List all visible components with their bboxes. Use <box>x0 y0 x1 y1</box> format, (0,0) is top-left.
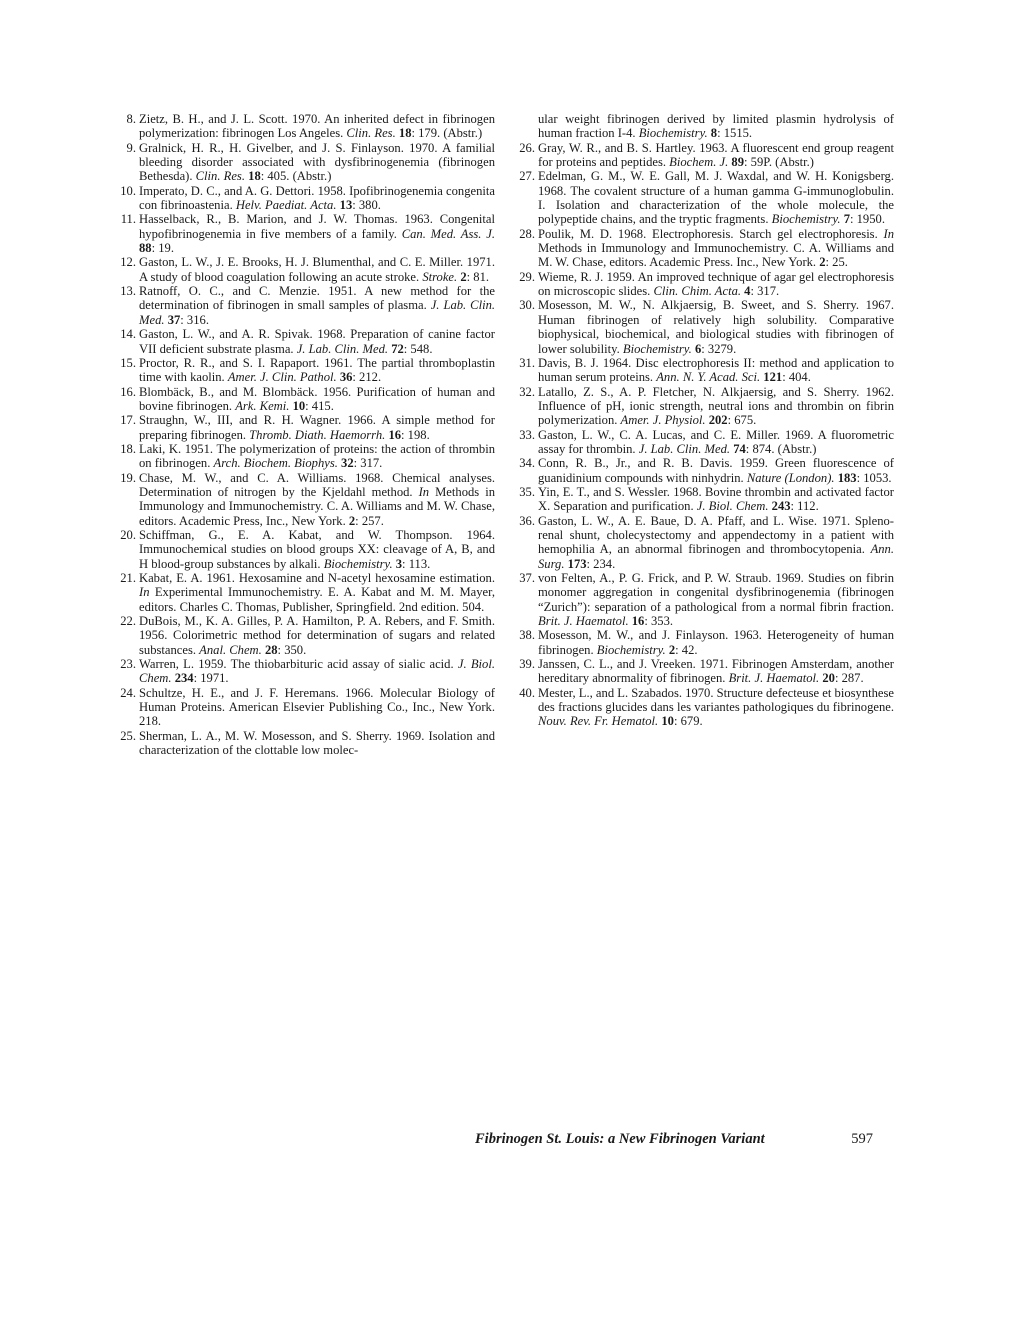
reference-number: 21. <box>118 571 136 585</box>
volume-number: 16 <box>388 428 401 442</box>
volume-number: 10 <box>661 714 674 728</box>
journal-name: J. Lab. Clin. Med. <box>139 298 495 326</box>
reference-number: 29. <box>510 270 535 284</box>
journal-name: Amer. J. Clin. Pathol. <box>228 370 337 384</box>
journal-name: Ann. Surg. <box>538 542 894 570</box>
reference-item: 34.Conn, R. B., Jr., and R. B. Davis. 19… <box>510 456 894 485</box>
reference-number: 32. <box>510 385 535 399</box>
journal-name: Brit. J. Haematol. <box>538 614 629 628</box>
reference-item: 33.Gaston, L. W., C. A. Lucas, and C. E.… <box>510 428 894 457</box>
journal-name: Clin. Res. <box>346 126 395 140</box>
reference-number: 17. <box>118 413 136 427</box>
page-number: 597 <box>851 1131 873 1148</box>
reference-number: 12. <box>118 255 136 269</box>
reference-item: 25.Sherman, L. A., M. W. Mosesson, and S… <box>118 729 495 758</box>
reference-item: 14.Gaston, L. W., and A. R. Spivak. 1968… <box>118 327 495 356</box>
journal-name: Clin. Chim. Acta. <box>653 284 741 298</box>
reference-number: 24. <box>118 686 136 700</box>
journal-name: Biochemistry. <box>324 557 393 571</box>
reference-item: 23.Warren, L. 1959. The thiobarbituric a… <box>118 657 495 686</box>
reference-number: 15. <box>118 356 136 370</box>
volume-number: 6 <box>695 342 701 356</box>
reference-number: 31. <box>510 356 535 370</box>
volume-number: 32 <box>341 456 354 470</box>
journal-name: In <box>884 227 895 241</box>
reference-number: 34. <box>510 456 535 470</box>
reference-item: 16.Blombäck, B., and M. Blombäck. 1956. … <box>118 385 495 414</box>
volume-number: 234 <box>175 671 194 685</box>
journal-name: Can. Med. Ass. J. <box>402 227 495 241</box>
reference-item: 27.Edelman, G. M., W. E. Gall, M. J. Wax… <box>510 169 894 226</box>
reference-item: 39.Janssen, C. L., and J. Vreeken. 1971.… <box>510 657 894 686</box>
reference-item: 31.Davis, B. J. 1964. Disc electrophores… <box>510 356 894 385</box>
reference-item: 28.Poulik, M. D. 1968. Electrophoresis. … <box>510 227 894 270</box>
volume-number: 37 <box>168 313 181 327</box>
reference-item: 11.Hasselback, R., B. Marion, and J. W. … <box>118 212 495 255</box>
volume-number: 74 <box>733 442 746 456</box>
volume-number: 7 <box>844 212 850 226</box>
running-title: Fibrinogen St. Louis: a New Fibrinogen V… <box>475 1131 765 1148</box>
reference-item: 10.Imperato, D. C., and A. G. Dettori. 1… <box>118 184 495 213</box>
journal-name: Arch. Biochem. Biophys. <box>214 456 338 470</box>
volume-number: 2 <box>349 514 355 528</box>
reference-number: 22. <box>118 614 136 628</box>
journal-name: Helv. Paediat. Acta. <box>236 198 337 212</box>
reference-number: 38. <box>510 628 535 642</box>
reference-number: 16. <box>118 385 136 399</box>
reference-number: 35. <box>510 485 535 499</box>
references-left-column: 8.Zietz, B. H., and J. L. Scott. 1970. A… <box>118 112 495 757</box>
journal-name: Biochemistry. <box>623 342 692 356</box>
reference-item: 30.Mosesson, M. W., N. Alkjaersig, B. Sw… <box>510 298 894 355</box>
reference-number: 36. <box>510 514 535 528</box>
journal-name: Biochemistry. <box>639 126 708 140</box>
volume-number: 121 <box>763 370 782 384</box>
journal-name: Ark. Kemi. <box>235 399 289 413</box>
journal-name: Biochemistry. <box>772 212 841 226</box>
volume-number: 243 <box>772 499 791 513</box>
journal-name: Brit. J. Haematol. <box>729 671 820 685</box>
reference-item: 17.Straughn, W., III, and R. H. Wagner. … <box>118 413 495 442</box>
journal-name: In <box>419 485 430 499</box>
reference-item: 19.Chase, M. W., and C. A. Williams. 196… <box>118 471 495 528</box>
reference-number: 26. <box>510 141 535 155</box>
reference-item: 21.Kabat, E. A. 1961. Hexosamine and N-a… <box>118 571 495 614</box>
reference-number: 39. <box>510 657 535 671</box>
reference-item: 37.von Felten, A., P. G. Frick, and P. W… <box>510 571 894 628</box>
volume-number: 20 <box>822 671 835 685</box>
volume-number: 18 <box>248 169 261 183</box>
volume-number: 13 <box>340 198 353 212</box>
reference-item: 9.Gralnick, H. R., H. Givelber, and J. S… <box>118 141 495 184</box>
volume-number: 8 <box>711 126 717 140</box>
reference-item: 36.Gaston, L. W., A. E. Baue, D. A. Pfaf… <box>510 514 894 571</box>
volume-number: 173 <box>568 557 587 571</box>
reference-item: 20.Schiffman, G., E. A. Kabat, and W. Th… <box>118 528 495 571</box>
journal-name: Thromb. Diath. Haemorrh. <box>249 428 385 442</box>
volume-number: 2 <box>669 643 675 657</box>
journal-name: Biochemistry. <box>597 643 666 657</box>
reference-item: 38.Mosesson, M. W., and J. Finlayson. 19… <box>510 628 894 657</box>
reference-number: 10. <box>118 184 136 198</box>
journal-name: Stroke. <box>422 270 457 284</box>
reference-number: 19. <box>118 471 136 485</box>
reference-item: 35.Yin, E. T., and S. Wessler. 1968. Bov… <box>510 485 894 514</box>
volume-number: 28 <box>265 643 278 657</box>
volume-number: 36 <box>340 370 353 384</box>
volume-number: 18 <box>399 126 412 140</box>
journal-name: Amer. J. Physiol. <box>621 413 706 427</box>
reference-item: 15.Proctor, R. R., and S. I. Rapaport. 1… <box>118 356 495 385</box>
volume-number: 183 <box>838 471 857 485</box>
journal-name: Nature (London). <box>747 471 835 485</box>
reference-item: 26.Gray, W. R., and B. S. Hartley. 1963.… <box>510 141 894 170</box>
reference-number: 30. <box>510 298 535 312</box>
reference-number: 28. <box>510 227 535 241</box>
journal-name: J. Lab. Clin. Med. <box>297 342 388 356</box>
reference-item: 40.Mester, L., and L. Szabados. 1970. St… <box>510 686 894 729</box>
reference-number: 33. <box>510 428 535 442</box>
volume-number: 72 <box>391 342 404 356</box>
volume-number: 2 <box>819 255 825 269</box>
reference-number: 25. <box>118 729 136 743</box>
reference-item: 8.Zietz, B. H., and J. L. Scott. 1970. A… <box>118 112 495 141</box>
volume-number: 89 <box>731 155 744 169</box>
reference-item: 29.Wieme, R. J. 1959. An improved techni… <box>510 270 894 299</box>
journal-name: Biochem. J. <box>669 155 728 169</box>
volume-number: 10 <box>293 399 306 413</box>
journal-name: Clin. Res. <box>196 169 245 183</box>
reference-number: 40. <box>510 686 535 700</box>
reference-number: 18. <box>118 442 136 456</box>
reference-item: 24.Schultze, H. E., and J. F. Heremans. … <box>118 686 495 729</box>
reference-number: 14. <box>118 327 136 341</box>
reference-item: 13.Ratnoff, O. C., and C. Menzie. 1951. … <box>118 284 495 327</box>
volume-number: 202 <box>709 413 728 427</box>
journal-name: J. Biol. Chem. <box>697 499 769 513</box>
reference-number: 20. <box>118 528 136 542</box>
journal-name: J. Lab. Clin. Med. <box>639 442 730 456</box>
journal-name: Nouv. Rev. Fr. Hematol. <box>538 714 658 728</box>
reference-number: 13. <box>118 284 136 298</box>
reference-item: ular weight fibrinogen derived by limite… <box>510 112 894 141</box>
journal-name: In <box>139 585 150 599</box>
reference-item: 18.Laki, K. 1951. The polymerization of … <box>118 442 495 471</box>
volume-number: 2 <box>460 270 466 284</box>
volume-number: 3 <box>396 557 402 571</box>
reference-item: 12.Gaston, L. W., J. E. Brooks, H. J. Bl… <box>118 255 495 284</box>
volume-number: 88 <box>139 241 152 255</box>
reference-number: 37. <box>510 571 535 585</box>
reference-number: 23. <box>118 657 136 671</box>
reference-number: 27. <box>510 169 535 183</box>
volume-number: 16 <box>632 614 645 628</box>
reference-item: 32.Latallo, Z. S., A. P. Fletcher, N. Al… <box>510 385 894 428</box>
journal-name: Anal. Chem. <box>199 643 262 657</box>
volume-number: 4 <box>744 284 750 298</box>
reference-number: 11. <box>118 212 136 226</box>
reference-number: 8. <box>118 112 136 126</box>
references-right-column: ular weight fibrinogen derived by limite… <box>510 112 894 729</box>
reference-number: 9. <box>118 141 136 155</box>
journal-name: Ann. N. Y. Acad. Sci. <box>656 370 760 384</box>
reference-item: 22.DuBois, M., K. A. Gilles, P. A. Hamil… <box>118 614 495 657</box>
